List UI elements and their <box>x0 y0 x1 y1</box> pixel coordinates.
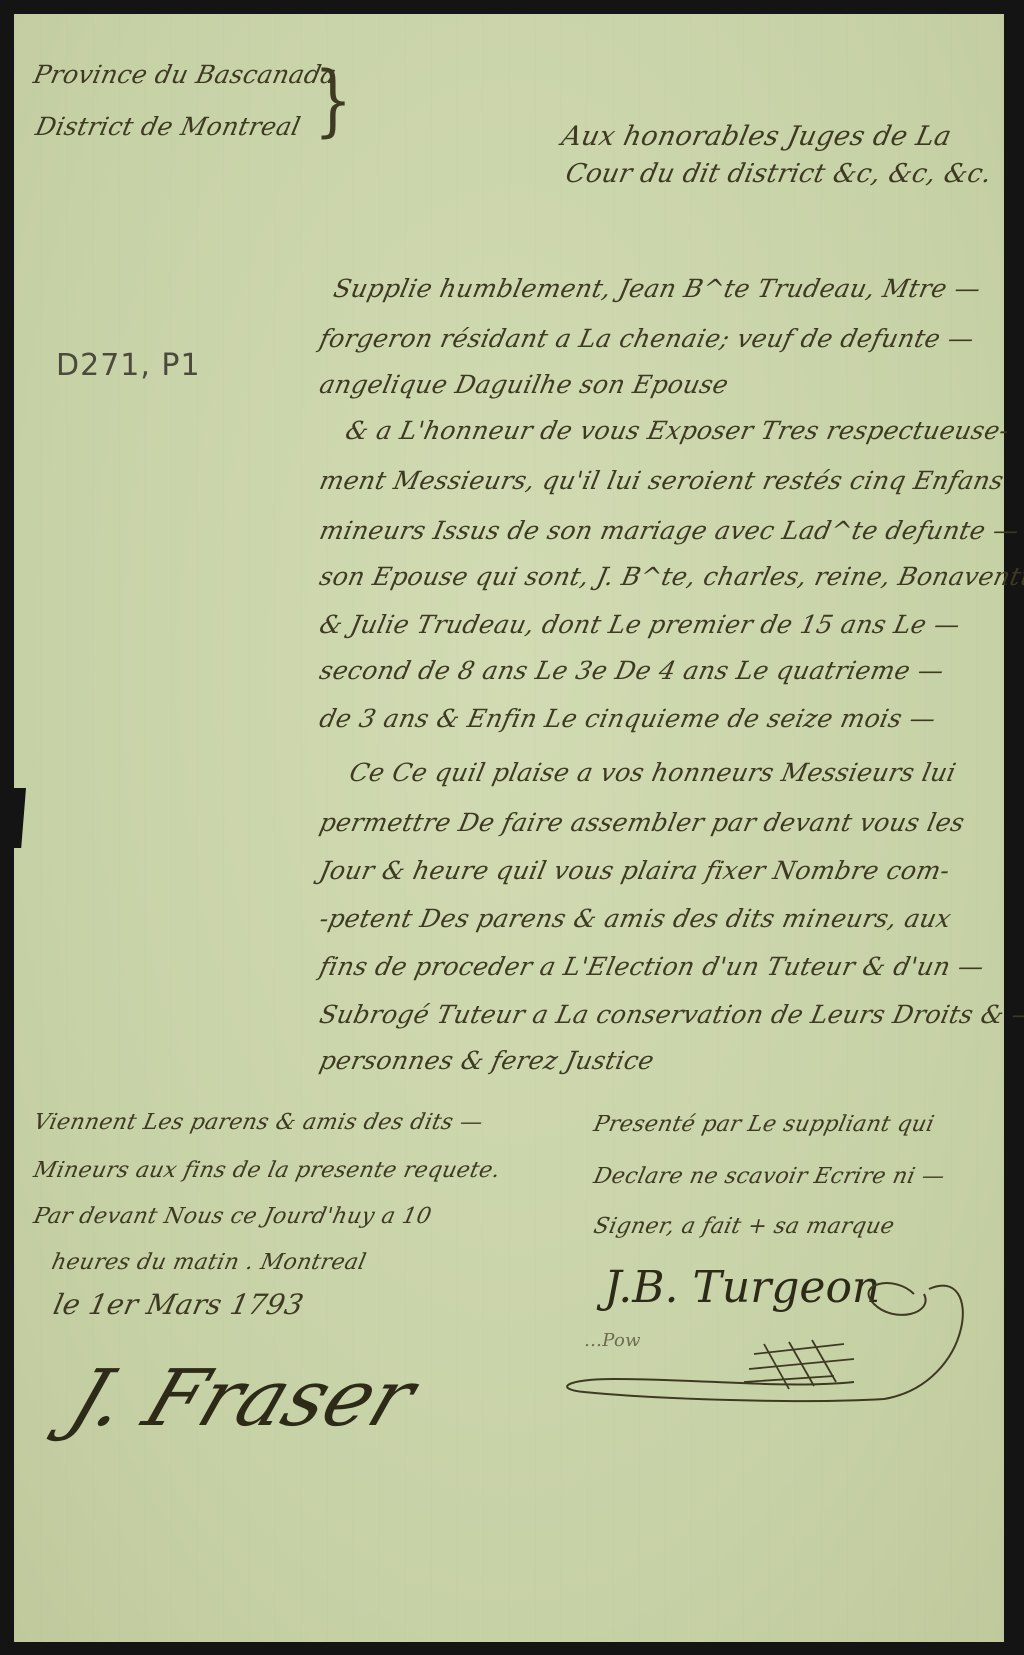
petition-line: personnes & ferez Justice <box>317 1048 656 1073</box>
petition-line: angelique Daguilhe son Epouse <box>317 372 731 397</box>
attestation-line: Signer, a fait + sa marque <box>591 1214 896 1239</box>
attestation-line: Declare ne scavoir Ecrire ni — <box>591 1164 947 1189</box>
petition-line: mineurs Issus de son mariage avec Lad^te… <box>317 518 1021 543</box>
petition-line: permettre De faire assembler par devant … <box>317 810 967 835</box>
petition-line: son Epouse qui sont, J. B^te, charles, r… <box>317 564 1024 589</box>
order-line: Viennent Les parens & amis des dits — <box>31 1110 485 1135</box>
header-district: District de Montreal <box>33 114 302 139</box>
attestation-line: Presenté par Le suppliant qui <box>591 1112 936 1137</box>
order-line: Par devant Nous ce Jourd'huy a 10 <box>31 1204 433 1229</box>
header-province: Province du Bascanada <box>31 62 338 87</box>
order-line: heures du matin . Montreal <box>49 1250 368 1275</box>
petition-line: Subrogé Tuteur a La conservation de Leur… <box>317 1002 1024 1027</box>
judge-signature: J. Fraser <box>58 1354 427 1444</box>
petition-line: & Julie Trudeau, dont Le premier de 15 a… <box>317 612 962 637</box>
petition-line: de 3 ans & Enfin Le cinquieme de seize m… <box>317 706 938 731</box>
petition-line: fins de proceder a L'Election d'un Tuteu… <box>317 954 986 979</box>
petition-line: second de 8 ans Le 3e De 4 ans Le quatri… <box>317 658 946 683</box>
petition-line: Jour & heure quil vous plaira fixer Nomb… <box>317 858 952 883</box>
petition-line: forgeron résidant a La chenaie; veuf de … <box>317 326 976 351</box>
order-date: le 1er Mars 1793 <box>51 1292 305 1317</box>
manuscript-page: Province du Bascanada District de Montre… <box>14 14 1004 1642</box>
petition-line: Supplie humblement, Jean B^te Trudeau, M… <box>331 276 983 301</box>
faint-annotation: …Pow <box>584 1330 641 1351</box>
petition-line: -petent Des parens & amis des dits mineu… <box>317 906 953 931</box>
archive-reference: D271, P1 <box>56 348 201 383</box>
header-addressee-2: Cour du dit district &c, &c, &c. <box>563 162 993 187</box>
petition-line: Ce Ce quil plaise a vos honneurs Messieu… <box>347 760 958 785</box>
petition-line: ment Messieurs, qu'il lui seroient resté… <box>317 468 1006 493</box>
header-brace: } <box>314 56 352 147</box>
header-addressee-1: Aux honorables Juges de La <box>559 124 953 149</box>
order-line: Mineurs aux fins de la presente requete. <box>31 1158 502 1183</box>
petition-line: & a L'honneur de vous Exposer Tres respe… <box>343 418 1011 443</box>
